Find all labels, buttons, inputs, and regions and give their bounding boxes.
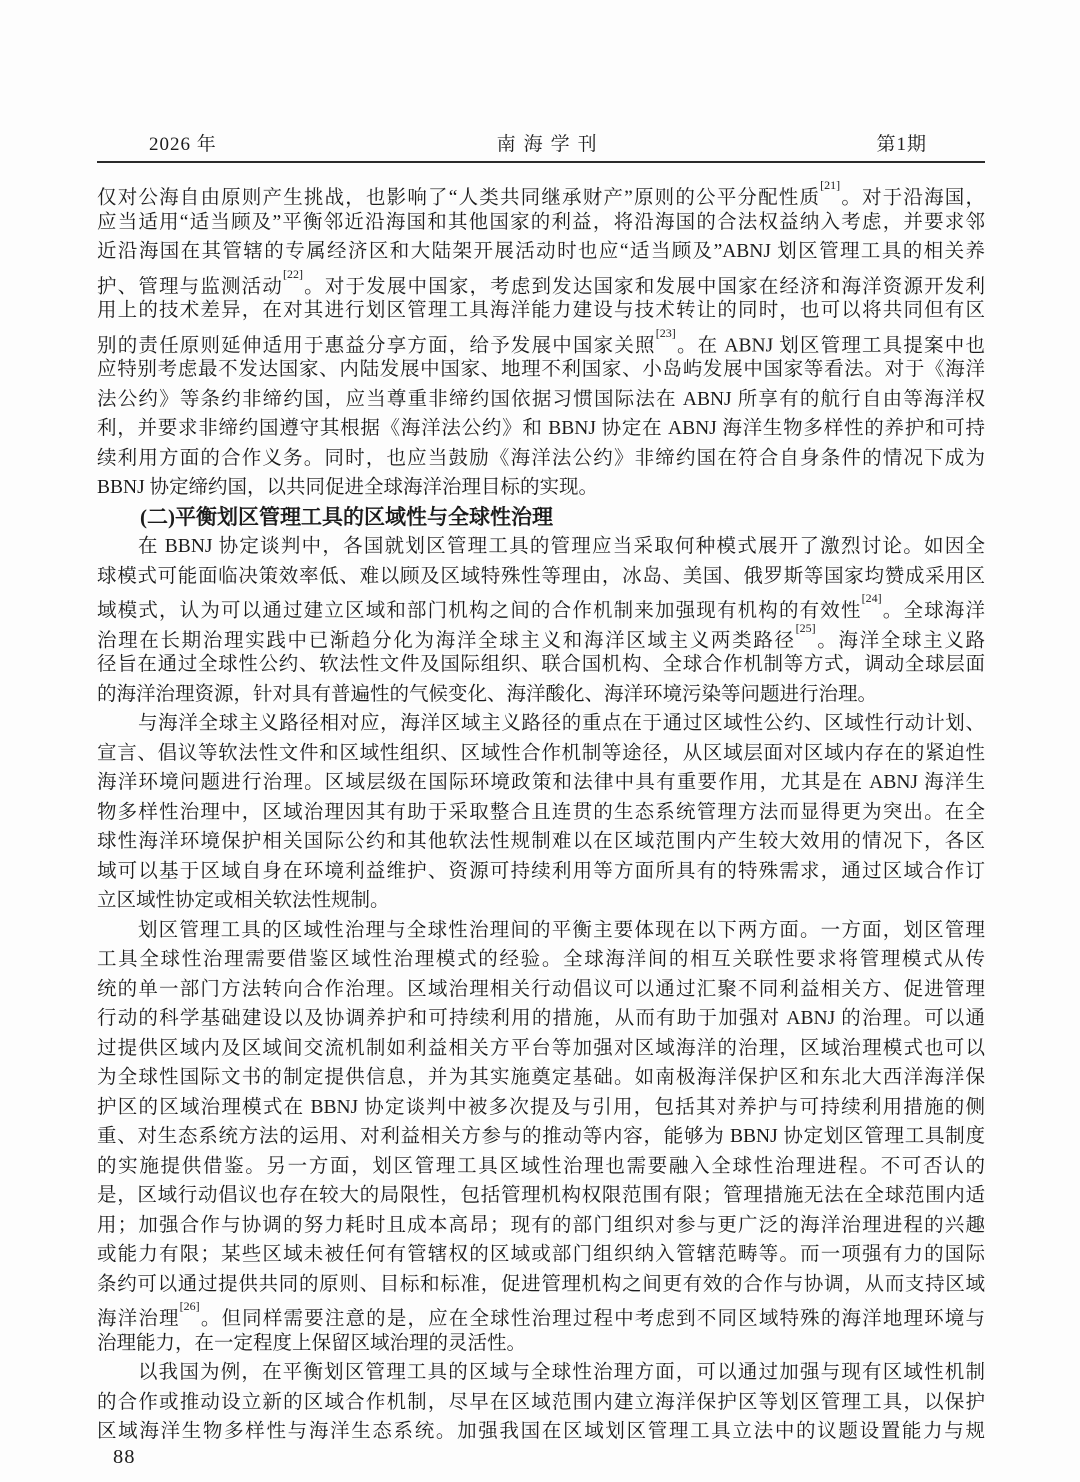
text-line: 仅对公海自由原则产生挑战，也影响了“人类共同继承财产”原则的公平分配性质[21]… [97,178,985,208]
header-journal-title: 南海学刊 [489,129,605,156]
text-line: 条约可以通过提供共同的原则、目标和标准，促进管理机构之间更有效的合作与协调，从而… [97,1270,985,1300]
text-line: 的海洋治理资源，针对具有普遍性的气候变化、海洋酸化、海洋环境污染等问题进行治理。 [97,680,985,710]
page-number: 88 [113,1446,136,1469]
header-year: 2026 年 [97,129,217,156]
header-issue: 第1期 [876,129,985,156]
page-header: 2026 年 南海学刊 第1期 [97,126,985,156]
article-body: 仅对公海自由原则产生挑战，也影响了“人类共同继承财产”原则的公平分配性质[21]… [97,178,985,1447]
text-line: 与海洋全球主义路径相对应，海洋区域主义路径的重点在于通过区域性公约、区域性行动计… [97,709,985,739]
text-line: 划区管理工具的区域性治理与全球性治理间的平衡主要体现在以下两方面。一方面，划区管… [97,916,985,946]
text-line: 立区域性协定或相关软法性规制。 [97,886,985,916]
text-line: 重、对生态系统方法的运用、对利益相关方参与的推动等内容，能够为 BBNJ 协定划… [97,1122,985,1152]
text-line: 球模式可能面临决策效率低、难以顾及区域特殊性等理由，冰岛、美国、俄罗斯等国家均赞… [97,562,985,592]
footnote-ref: [24] [862,591,882,605]
text-line: 统的单一部门方法转向合作治理。区域治理相关行动倡议可以通过汇聚不同利益相关方、促… [97,975,985,1005]
text-line: 工具全球性治理需要借鉴区域性治理模式的经验。全球海洋间的相互关联性要求将管理模式… [97,945,985,975]
text-line: 法公约》等条约非缔约国，应当尊重非缔约国依据习惯国际法在 ABNJ 所享有的航行… [97,385,985,415]
footnote-ref: [21] [820,178,840,192]
text-line: 径旨在通过全球性公约、软法性文件及国际组织、联合国机构、全球合作机制等方式，调动… [97,650,985,680]
text-line: 以我国为例，在平衡划区管理工具的区域与全球性治理方面，可以通过加强与现有区域性机… [97,1358,985,1388]
text-line: 为全球性国际文书的制定提供信息，并为其实施奠定基础。如南极海洋保护区和东北大西洋… [97,1063,985,1093]
section-heading: (二)平衡划区管理工具的区域性与全球性治理 [97,503,985,533]
text-line: 治理在长期治理实践中已渐趋分化为海洋全球主义和海洋区域主义两类路径[25]。海洋… [97,621,985,651]
text-line: 海洋环境问题进行治理。区域层级在国际环境政策和法律中具有重要作用，尤其是在 AB… [97,768,985,798]
text-line: 护区的区域治理模式在 BBNJ 协定谈判中被多次提及与引用，包括其对养护与可持续… [97,1093,985,1123]
journal-page: 2026 年 南海学刊 第1期 仅对公海自由原则产生挑战，也影响了“人类共同继承… [0,0,1080,1482]
text-line: BBNJ 协定缔约国，以共同促进全球海洋治理目标的实现。 [97,473,985,503]
text-line: 海洋治理[26]。但同样需要注意的是，应在全球性治理过程中考虑到不同区域特殊的海… [97,1299,985,1329]
text-line: 是，区域行动倡议也存在较大的局限性，包括管理机构权限范围有限；管理措施无法在全球… [97,1181,985,1211]
text-line: 球性海洋环境保护相关国际公约和其他软法性规制难以在区域范围内产生较大效用的情况下… [97,827,985,857]
text-line: 应特别考虑最不发达国家、内陆发展中国家、地理不利国家、小岛屿发展中国家等看法。对… [97,355,985,385]
text-line: 域模式，认为可以通过建立区域和部门机构之间的合作机制来加强现有机构的有效性[24… [97,591,985,621]
text-line: 用上的技术差异，在对其进行划区管理工具海洋能力建设与技术转让的同时，也可以将共同… [97,296,985,326]
text-line: 域可以基于区域自身在环境利益维护、资源可持续利用等方面所具有的特殊需求，通过区域… [97,857,985,887]
text-line: 物多样性治理中，区域治理因其有助于采取整合且连贯的生态系统管理方法而显得更为突出… [97,798,985,828]
text-line: 过提供区域内及区域间交流机制如利益相关方平台等加强对区域海洋的治理，区域治理模式… [97,1034,985,1064]
text-line: 的实施提供借鉴。另一方面，划区管理工具区域性治理也需要融入全球性治理进程。不可否… [97,1152,985,1182]
text-line: 别的责任原则延伸适用于惠益分享方面，给予发展中国家关照[23]。在 ABNJ 划… [97,326,985,356]
text-line: 利，并要求非缔约国遵守其根据《海洋法公约》和 BBNJ 协定在 ABNJ 海洋生… [97,414,985,444]
footnote-ref: [23] [656,326,676,340]
text-line: 在 BBNJ 协定谈判中，各国就划区管理工具的管理应当采取何种模式展开了激烈讨论… [97,532,985,562]
text-line: 或能力有限；某些区域未被任何有管辖权的区域或部门组织纳入管辖范畴等。而一项强有力… [97,1240,985,1270]
text-line: 区域海洋生物多样性与海洋生态系统。加强我国在区域划区管理工具立法中的议题设置能力… [97,1417,985,1447]
footnote-ref: [25] [796,621,816,635]
text-line: 续利用方面的合作义务。同时，也应当鼓励《海洋法公约》非缔约国在符合自身条件的情况… [97,444,985,474]
text-line: 治理能力，在一定程度上保留区域治理的灵活性。 [97,1329,985,1359]
text-line: 宣言、倡议等软法性文件和区域性组织、区域性合作机制等途径，从区域层面对区域内存在… [97,739,985,769]
text-line: 近沿海国在其管辖的专属经济区和大陆架开展活动时也应“适当顾及”ABNJ 划区管理… [97,237,985,267]
text-line: 应当适用“适当顾及”平衡邻近沿海国和其他国家的利益，将沿海国的合法权益纳入考虑，… [97,208,985,238]
footnote-ref: [26] [180,1299,200,1313]
text-line: 行动的科学基础建设以及协调养护和可持续利用的措施，从而有助于加强对 ABNJ 的… [97,1004,985,1034]
text-line: 用；加强合作与协调的努力耗时且成本高昂；现有的部门组织对参与更广泛的海洋治理进程… [97,1211,985,1241]
text-line: 的合作或推动设立新的区域合作机制，尽早在区域范围内建立海洋保护区等划区管理工具，… [97,1388,985,1418]
header-rule [97,161,985,163]
text-line: 护、管理与监测活动[22]。对于发展中国家，考虑到发达国家和发展中国家在经济和海… [97,267,985,297]
footnote-ref: [22] [283,267,303,281]
